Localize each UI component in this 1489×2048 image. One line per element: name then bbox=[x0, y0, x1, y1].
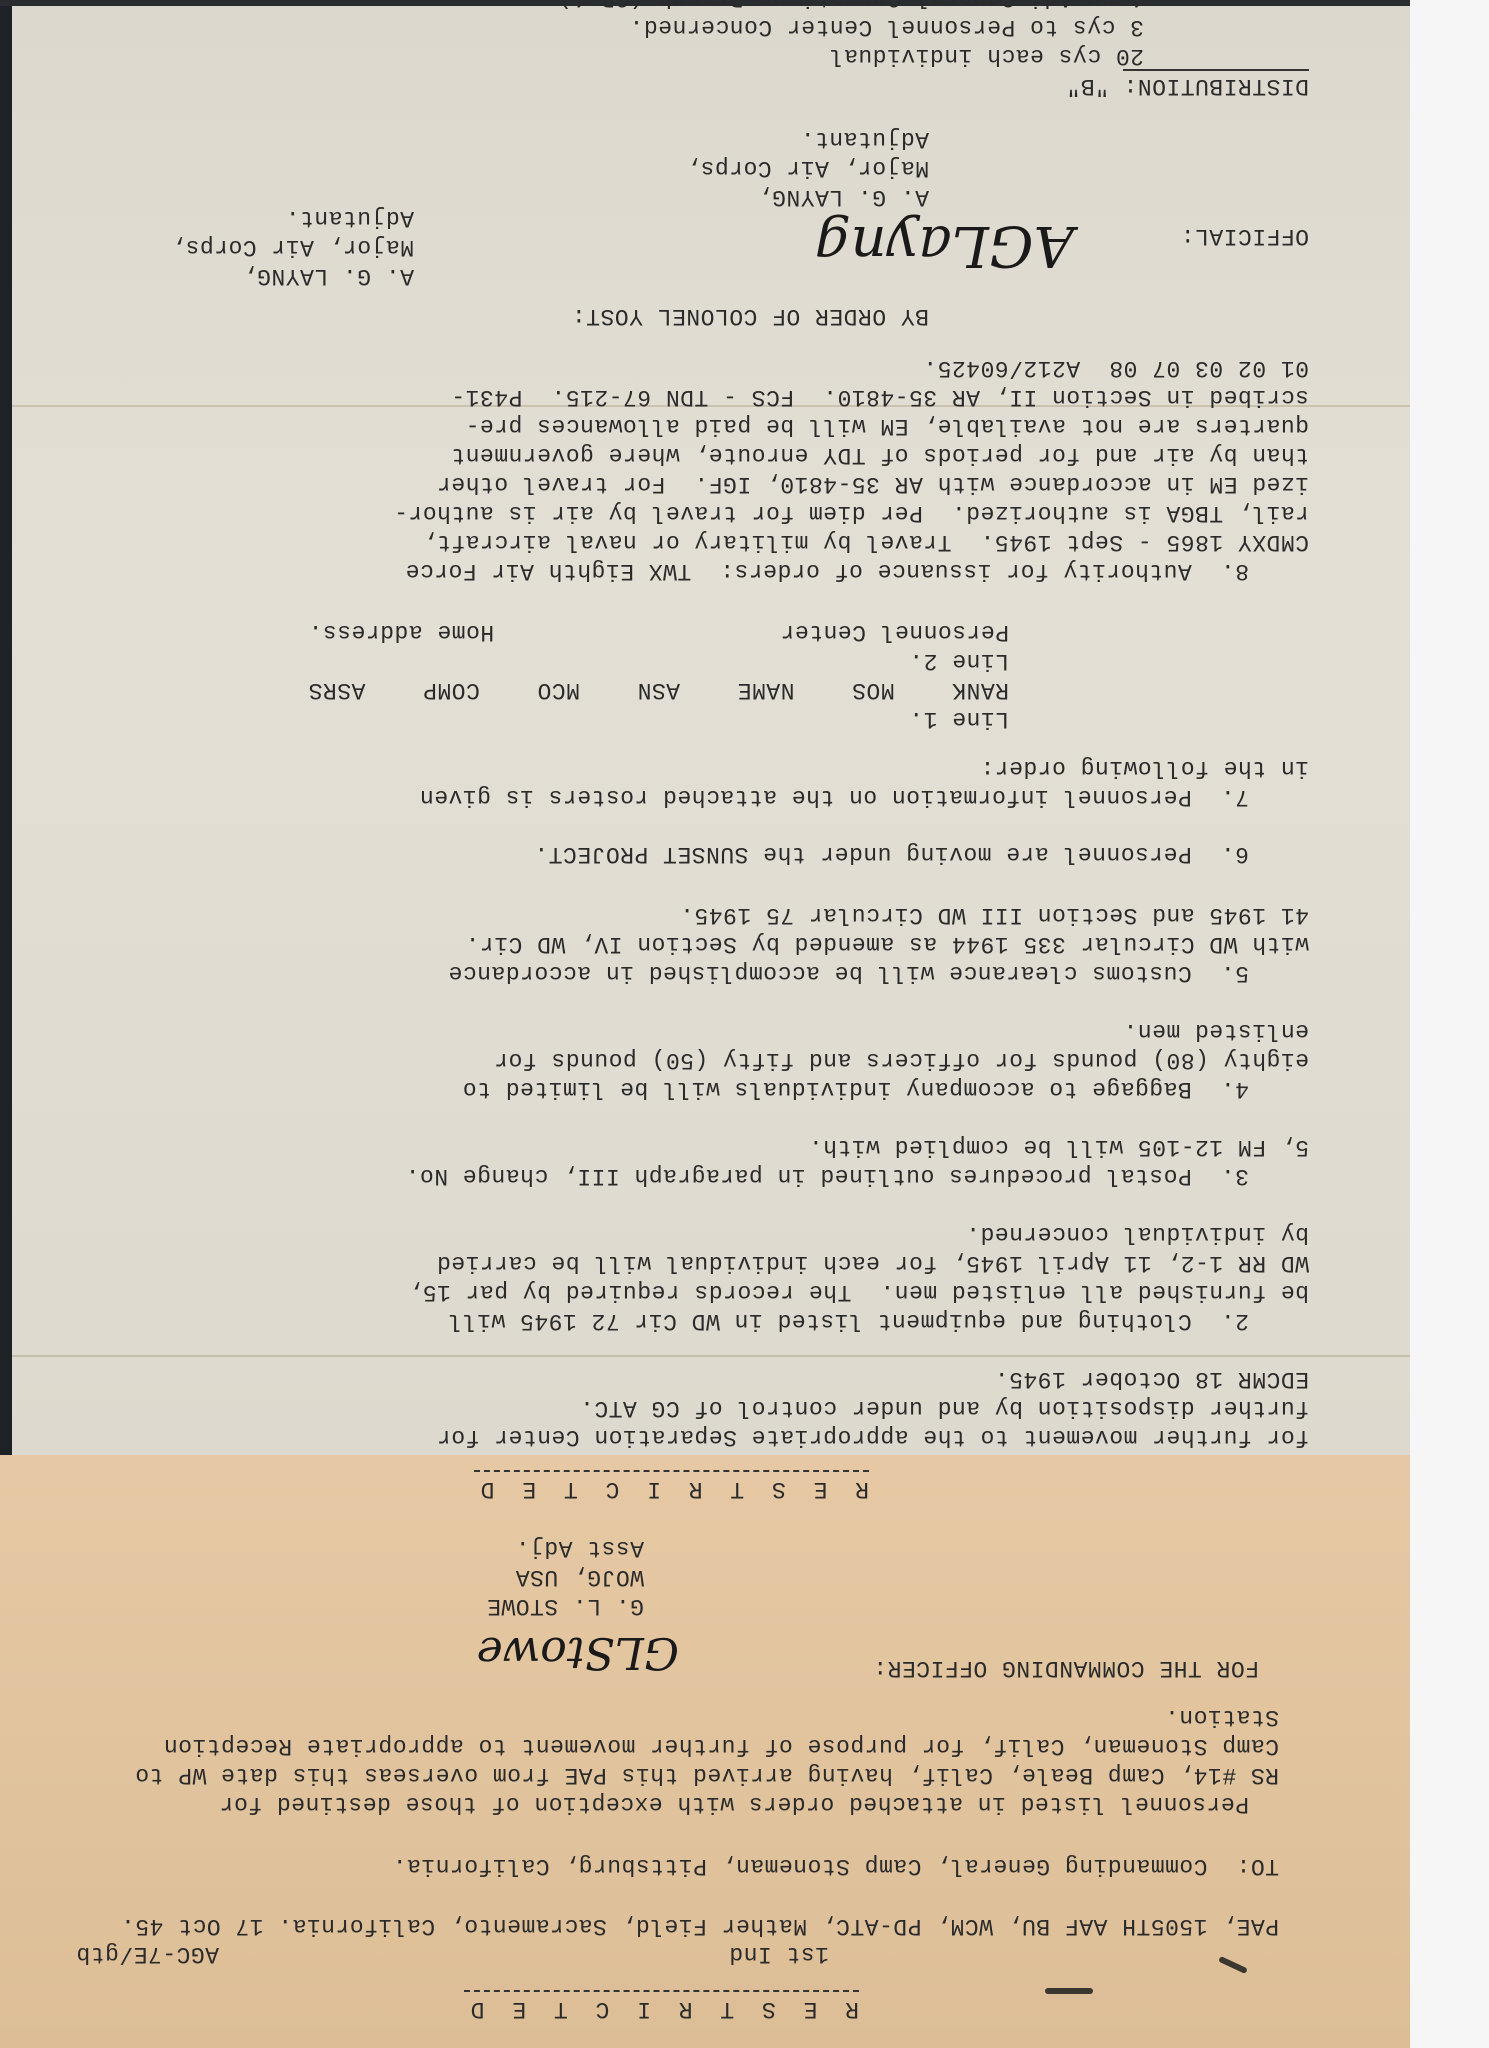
para5-line: with WD Circular 335 1944 as amended by … bbox=[465, 929, 1309, 958]
para3-line: 5, FM 12-105 will be complied with. bbox=[808, 1132, 1309, 1161]
distribution-label: DISTRIBUTION: bbox=[1123, 69, 1309, 100]
classification-footer: R E S T R I C T E D bbox=[474, 1470, 869, 1503]
roster-line1-fields: RANK MOS NAME ASN MCO COMP ASRS bbox=[308, 675, 1009, 704]
para8-line: scribed in Section II, AR 35-4810. FCS -… bbox=[451, 382, 1309, 411]
para6-line: 6. Personnel are moving under the SUNSET… bbox=[534, 839, 1249, 868]
para2-line: WD RR 1-2, 11 April 1945, for each indiv… bbox=[437, 1248, 1309, 1277]
signature-stowe: GLStowe bbox=[477, 1627, 679, 1678]
body-line: Personnel listed in attached orders with… bbox=[219, 1789, 1249, 1818]
official-block-line: Major, Air Corps, bbox=[686, 153, 929, 182]
para4-line: 4. Baggage to accompany individuals will… bbox=[462, 1074, 1249, 1103]
distribution-code: "B" bbox=[1066, 71, 1109, 100]
roster-line1-label: Line 1. bbox=[909, 704, 1009, 733]
classification-header: R E S T R I C T E D bbox=[464, 1990, 859, 2023]
distribution-line: 1 cy Adj General Operations Branch (OB-1… bbox=[558, 0, 1144, 12]
para7-line: in the following order: bbox=[980, 753, 1309, 782]
body-line: Camp Stoneman, Calif, for purpose of fur… bbox=[163, 1731, 1279, 1760]
official-block-line: Adjutant. bbox=[800, 124, 929, 153]
para8-line: ized EM in accordance with AR 35-4810, I… bbox=[437, 469, 1309, 498]
para8-line: than by air and for periods of TDY enrou… bbox=[451, 440, 1309, 469]
para2-line: be furnished all enlisted men. The recor… bbox=[408, 1277, 1309, 1306]
signature-block-line: G. L. STOWE bbox=[487, 1591, 644, 1620]
body-line: Station. bbox=[1165, 1702, 1279, 1731]
para8-line: rail, TBGA is authorized. Per diem for t… bbox=[394, 498, 1309, 527]
para5-line: 41 1945 and Section III WD Circular 75 1… bbox=[680, 900, 1309, 929]
body-line: RS #14, Camp Beale, Calif, having arrive… bbox=[135, 1760, 1279, 1789]
distribution-line: 20 cys each individual bbox=[829, 41, 1144, 70]
file-reference: AGC-7E/gtb bbox=[76, 1939, 219, 1968]
command-block-line: Adjutant. bbox=[285, 203, 414, 232]
para8-line: 01 02 03 07 08 A212/60425. bbox=[923, 353, 1309, 382]
para8-line: CMDXY 1865 - Sept 1945. Travel by milita… bbox=[422, 527, 1309, 556]
para8-line: 8. Authority for issuance of orders: TWX… bbox=[405, 556, 1249, 585]
para4-line: eighty (80) pounds for officers and fift… bbox=[494, 1045, 1309, 1074]
para1-line: EDCMR 18 October 1945. bbox=[994, 1364, 1309, 1393]
para2-line: by individual concerned. bbox=[966, 1219, 1309, 1248]
to-line: TO: Commanding General, Camp Stoneman, P… bbox=[392, 1851, 1279, 1880]
command-block-line: A. G. LAYNG, bbox=[242, 261, 414, 290]
by-order-line: BY ORDER OF COLONEL YOST: bbox=[571, 301, 929, 330]
distribution-line: 3 cys to Personnel Center Concerned. bbox=[629, 12, 1144, 41]
para3-line: 3. Postal procedures outlined in paragra… bbox=[405, 1161, 1249, 1190]
para1-line: further disposition by and under control… bbox=[580, 1393, 1309, 1422]
official-block-line: A. G. LAYNG, bbox=[757, 182, 929, 211]
para1-line: for further movement to the appropriate … bbox=[437, 1422, 1309, 1451]
para5-line: 5. Customs clearance will be accomplishe… bbox=[448, 958, 1249, 987]
para4-line: enlisted men. bbox=[1123, 1016, 1309, 1045]
para2-line: 2. Clothing and equipment listed in WD C… bbox=[448, 1306, 1249, 1335]
signature-block-line: Asst Adj. bbox=[515, 1533, 644, 1562]
signature-block-line: WOJG, USA bbox=[515, 1562, 644, 1591]
roster-line2-label: Line 2. bbox=[909, 646, 1009, 675]
rotated-content: R E S T R I C T E D AGC-7E/gtb 1st Ind P… bbox=[0, 0, 1489, 2048]
para8-line: quarters are not available, EM will be p… bbox=[465, 411, 1309, 440]
for-commanding-officer: FOR THE COMMANDING OFFICER: bbox=[873, 1653, 1259, 1682]
signature-layng: AGLayng bbox=[815, 213, 1074, 278]
roster-line2-fields: Personnel Center Home address. bbox=[308, 617, 1009, 646]
para7-line: 7. Personnel information on the attached… bbox=[419, 782, 1249, 811]
indorsement-label: 1st Ind bbox=[729, 1939, 829, 1968]
from-line: PAE, 1505TH AAF BU, WCM, PD-ATC, Mather … bbox=[121, 1911, 1279, 1940]
command-block-line: Major, Air Corps, bbox=[171, 232, 414, 261]
scanned-document: R E S T R I C T E D AGC-7E/gtb 1st Ind P… bbox=[0, 0, 1489, 2048]
official-label: OFFICIAL: bbox=[1180, 221, 1309, 250]
